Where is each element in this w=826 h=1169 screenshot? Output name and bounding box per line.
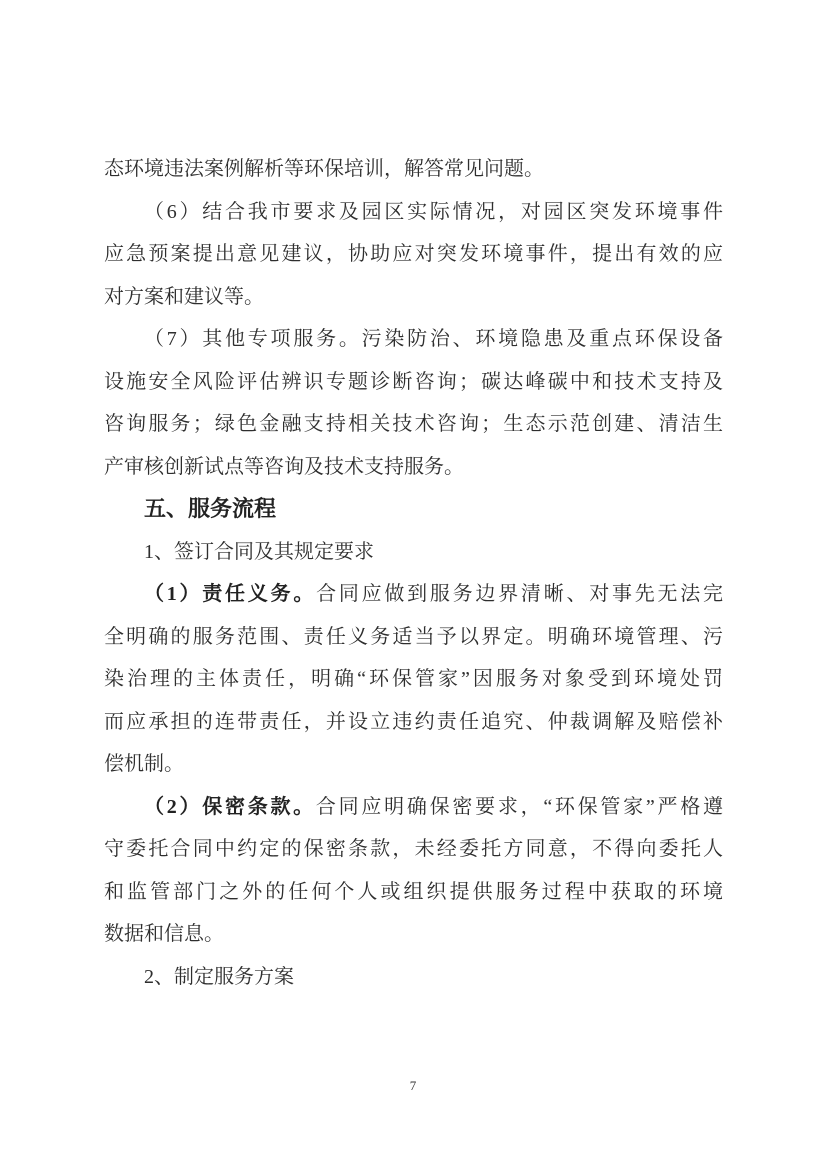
- run-in-label-responsibility: （1）责任义务。: [144, 583, 316, 605]
- paragraph-line: （6）结合我市要求及园区实际情况，对园区突发环境事件: [104, 191, 723, 234]
- paragraph-line: 产审核创新试点等咨询及技术支持服务。: [104, 446, 723, 489]
- paragraph-line: 而应承担的连带责任，并设立违约责任追究、仲裁调解及赔偿补: [104, 701, 723, 744]
- paragraph-line: 数据和信息。: [104, 913, 723, 956]
- paragraph-line: 守委托合同中约定的保密条款，未经委托方同意，不得向委托人: [104, 828, 723, 871]
- document-page: 态环境违法案例解析等环保培训，解答常见问题。 （6）结合我市要求及园区实际情况，…: [0, 0, 826, 1169]
- subsection-1-heading: 1、签订合同及其规定要求: [104, 531, 723, 574]
- run-in-label-confidentiality: （2）保密条款。: [144, 796, 316, 818]
- paragraph-line: 对方案和建议等。: [104, 276, 723, 319]
- paragraph-line: 咨询服务；绿色金融支持相关技术咨询；生态示范创建、清洁生: [104, 403, 723, 446]
- text-block: 态环境违法案例解析等环保培训，解答常见问题。 （6）结合我市要求及园区实际情况，…: [104, 148, 723, 998]
- text-run: 合同应做到服务边界清晰、对事先无法完: [316, 583, 723, 605]
- subsection-2-heading: 2、制定服务方案: [104, 956, 723, 999]
- paragraph-line: 染治理的主体责任，明确“环保管家”因服务对象受到环境处罚: [104, 658, 723, 701]
- page-number: 7: [0, 1076, 826, 1096]
- paragraph-line: 偿机制。: [104, 743, 723, 786]
- section-heading-5: 五、服务流程: [104, 488, 723, 531]
- paragraph-line: （1）责任义务。合同应做到服务边界清晰、对事先无法完: [104, 573, 723, 616]
- paragraph-line: 应急预案提出意见建议，协助应对突发环境事件，提出有效的应: [104, 233, 723, 276]
- paragraph-line: 态环境违法案例解析等环保培训，解答常见问题。: [104, 148, 723, 191]
- paragraph-line: （7）其他专项服务。污染防治、环境隐患及重点环保设备: [104, 318, 723, 361]
- paragraph-line: （2）保密条款。合同应明确保密要求，“环保管家”严格遵: [104, 786, 723, 829]
- text-run: 合同应明确保密要求，“环保管家”严格遵: [316, 796, 723, 818]
- paragraph-line: 和监管部门之外的任何个人或组织提供服务过程中获取的环境: [104, 871, 723, 914]
- paragraph-line: 设施安全风险评估辨识专题诊断咨询；碳达峰碳中和技术支持及: [104, 361, 723, 404]
- paragraph-line: 全明确的服务范围、责任义务适当予以界定。明确环境管理、污: [104, 616, 723, 659]
